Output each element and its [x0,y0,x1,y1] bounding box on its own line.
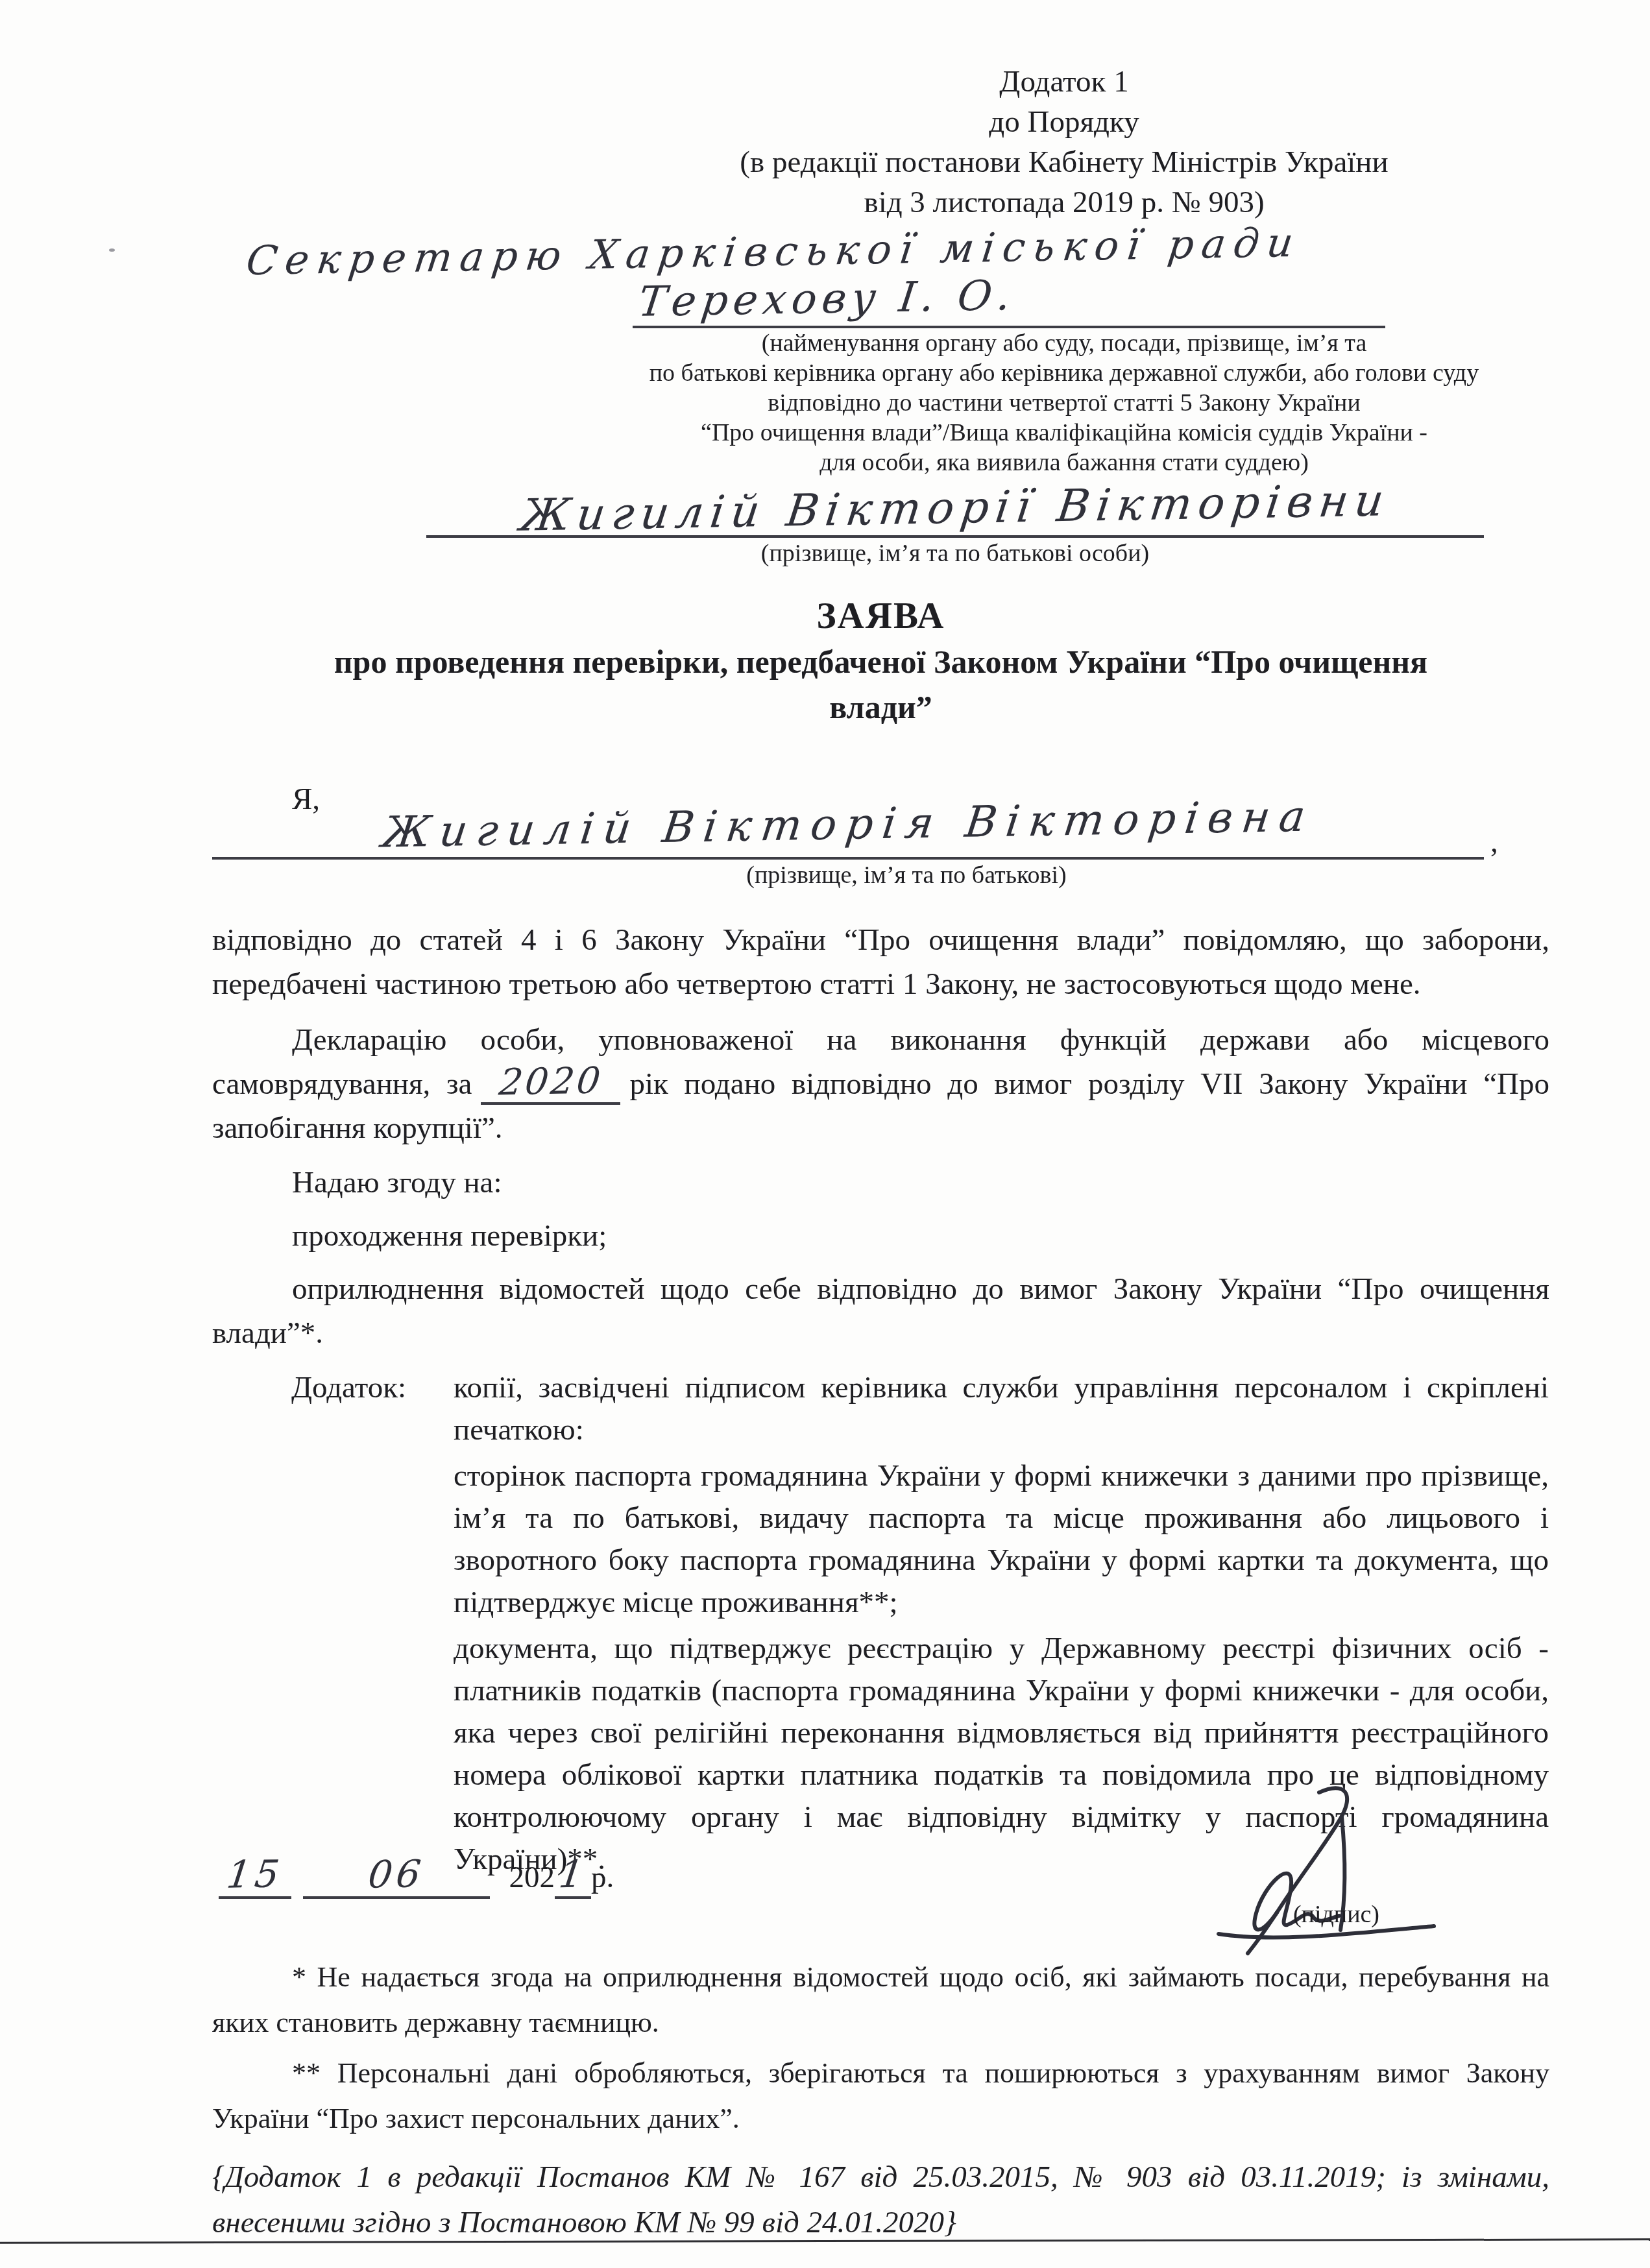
attachment-item: сторінок паспорта громадянина України у … [454,1455,1549,1624]
applicant-name-underline: Жигилій Вікторії Вікторівни [426,483,1484,538]
paragraph-lustration-statement: відповідно до статей 4 і 6 Закону Україн… [212,918,1549,1006]
signature-caption: (підпис) [1293,1900,1379,1929]
declarant-trailing-comma: , [1490,825,1498,860]
declaration-year-handwritten: 2020 [497,1063,605,1102]
statement-subtitle-line-2: влади” [212,684,1549,730]
addressee-caption-line: відповідно до частини четвертої статті 5… [584,388,1544,418]
appendix-header: Додаток 1 до Порядку (в редакції постано… [584,62,1544,223]
addressee-caption-line: “Про очищення влади”/Вища кваліфікаційна… [584,418,1544,448]
signature-scribble [1180,1779,1439,1968]
date-month-blank: 06 [303,1852,490,1899]
consent-intro: Надаю згоду на: [212,1161,1549,1205]
declarant-line: Я, Жигилій Вікторія Вікторівна , [212,795,1549,860]
date-year-digit-handwritten: 1 [556,1852,589,1897]
attachment-label: Додаток: [291,1367,406,1409]
addressee-handwritten-block: Секретарю Харківської міської ради Терех… [212,223,1549,328]
paragraph-declaration: Декларацію особи, уповноваженої на викон… [212,1018,1549,1150]
declarant-label: Я, [292,782,320,817]
footnote-2: ** Персональні дані обробляються, зберіг… [212,2051,1549,2141]
revision-note: {Додаток 1 в редакції Постанов КМ № 167 … [212,2154,1549,2245]
statement-subtitle-line-1: про проведення перевірки, передбаченої З… [212,639,1549,684]
date-year-suffix: р. [591,1861,614,1894]
addressee-caption-line: (найменування органу або суду, посади, п… [584,328,1544,358]
declarant-name-handwritten: Жигилій Вікторія Вікторівна [378,787,1317,863]
declarant-name-caption: (прізвище, ім’я та по батькові) [297,860,1516,891]
applicant-name-caption: (прізвище, ім’я та по батькові особи) [426,538,1484,569]
addressee-handwritten-line-2: Терехову І. О. [636,272,1019,326]
text-column: Додаток 1 до Порядку (в редакції постано… [0,0,1650,2268]
scan-artifact-speck [109,248,115,252]
applicant-name-handwritten: Жигилій Вікторії Вікторівни [517,475,1392,541]
date-signature-row: 15 06 2021р. (підпис) [212,1890,1549,1935]
statement-title: ЗАЯВА [212,594,1549,639]
consent-item-2: оприлюднення відомостей щодо себе відпов… [212,1267,1549,1355]
date-year-printed: 202 [509,1861,555,1894]
date-line: 15 06 2021р. [219,1852,614,1899]
declarant-name-underline: Жигилій Вікторія Вікторівна [212,795,1484,860]
addressee-caption-line: для особи, яка виявила бажання стати суд… [584,448,1544,477]
addressee-caption-line: по батькові керівника органу або керівни… [584,358,1544,388]
addressee-caption: (найменування органу або суду, посади, п… [584,328,1544,477]
footnote-1: * Не надається згода на оприлюднення від… [212,1955,1549,2045]
appendix-line: (в редакції постанови Кабінету Міністрів… [584,142,1544,182]
attachment-item: копії, засвідчені підписом керівника слу… [454,1367,1549,1451]
date-day-blank: 15 [219,1852,291,1899]
date-year-digit-blank: 1 [555,1852,591,1899]
declaration-year-blank: 2020 [481,1064,620,1105]
addressee-underline: Терехову І. О. [633,275,1385,328]
appendix-line: Додаток 1 [584,62,1544,102]
date-day-handwritten: 15 [224,1852,285,1896]
consent-item-1: проходження перевірки; [212,1214,1549,1258]
addressee-handwritten-line-1: Секретарю Харківської міської ради [244,219,1304,284]
document-page: Додаток 1 до Порядку (в редакції постано… [0,0,1650,2268]
appendix-line: від 3 листопада 2019 р. № 903) [584,182,1544,223]
appendix-line: до Порядку [584,102,1544,142]
date-month-handwritten: 06 [366,1852,427,1896]
